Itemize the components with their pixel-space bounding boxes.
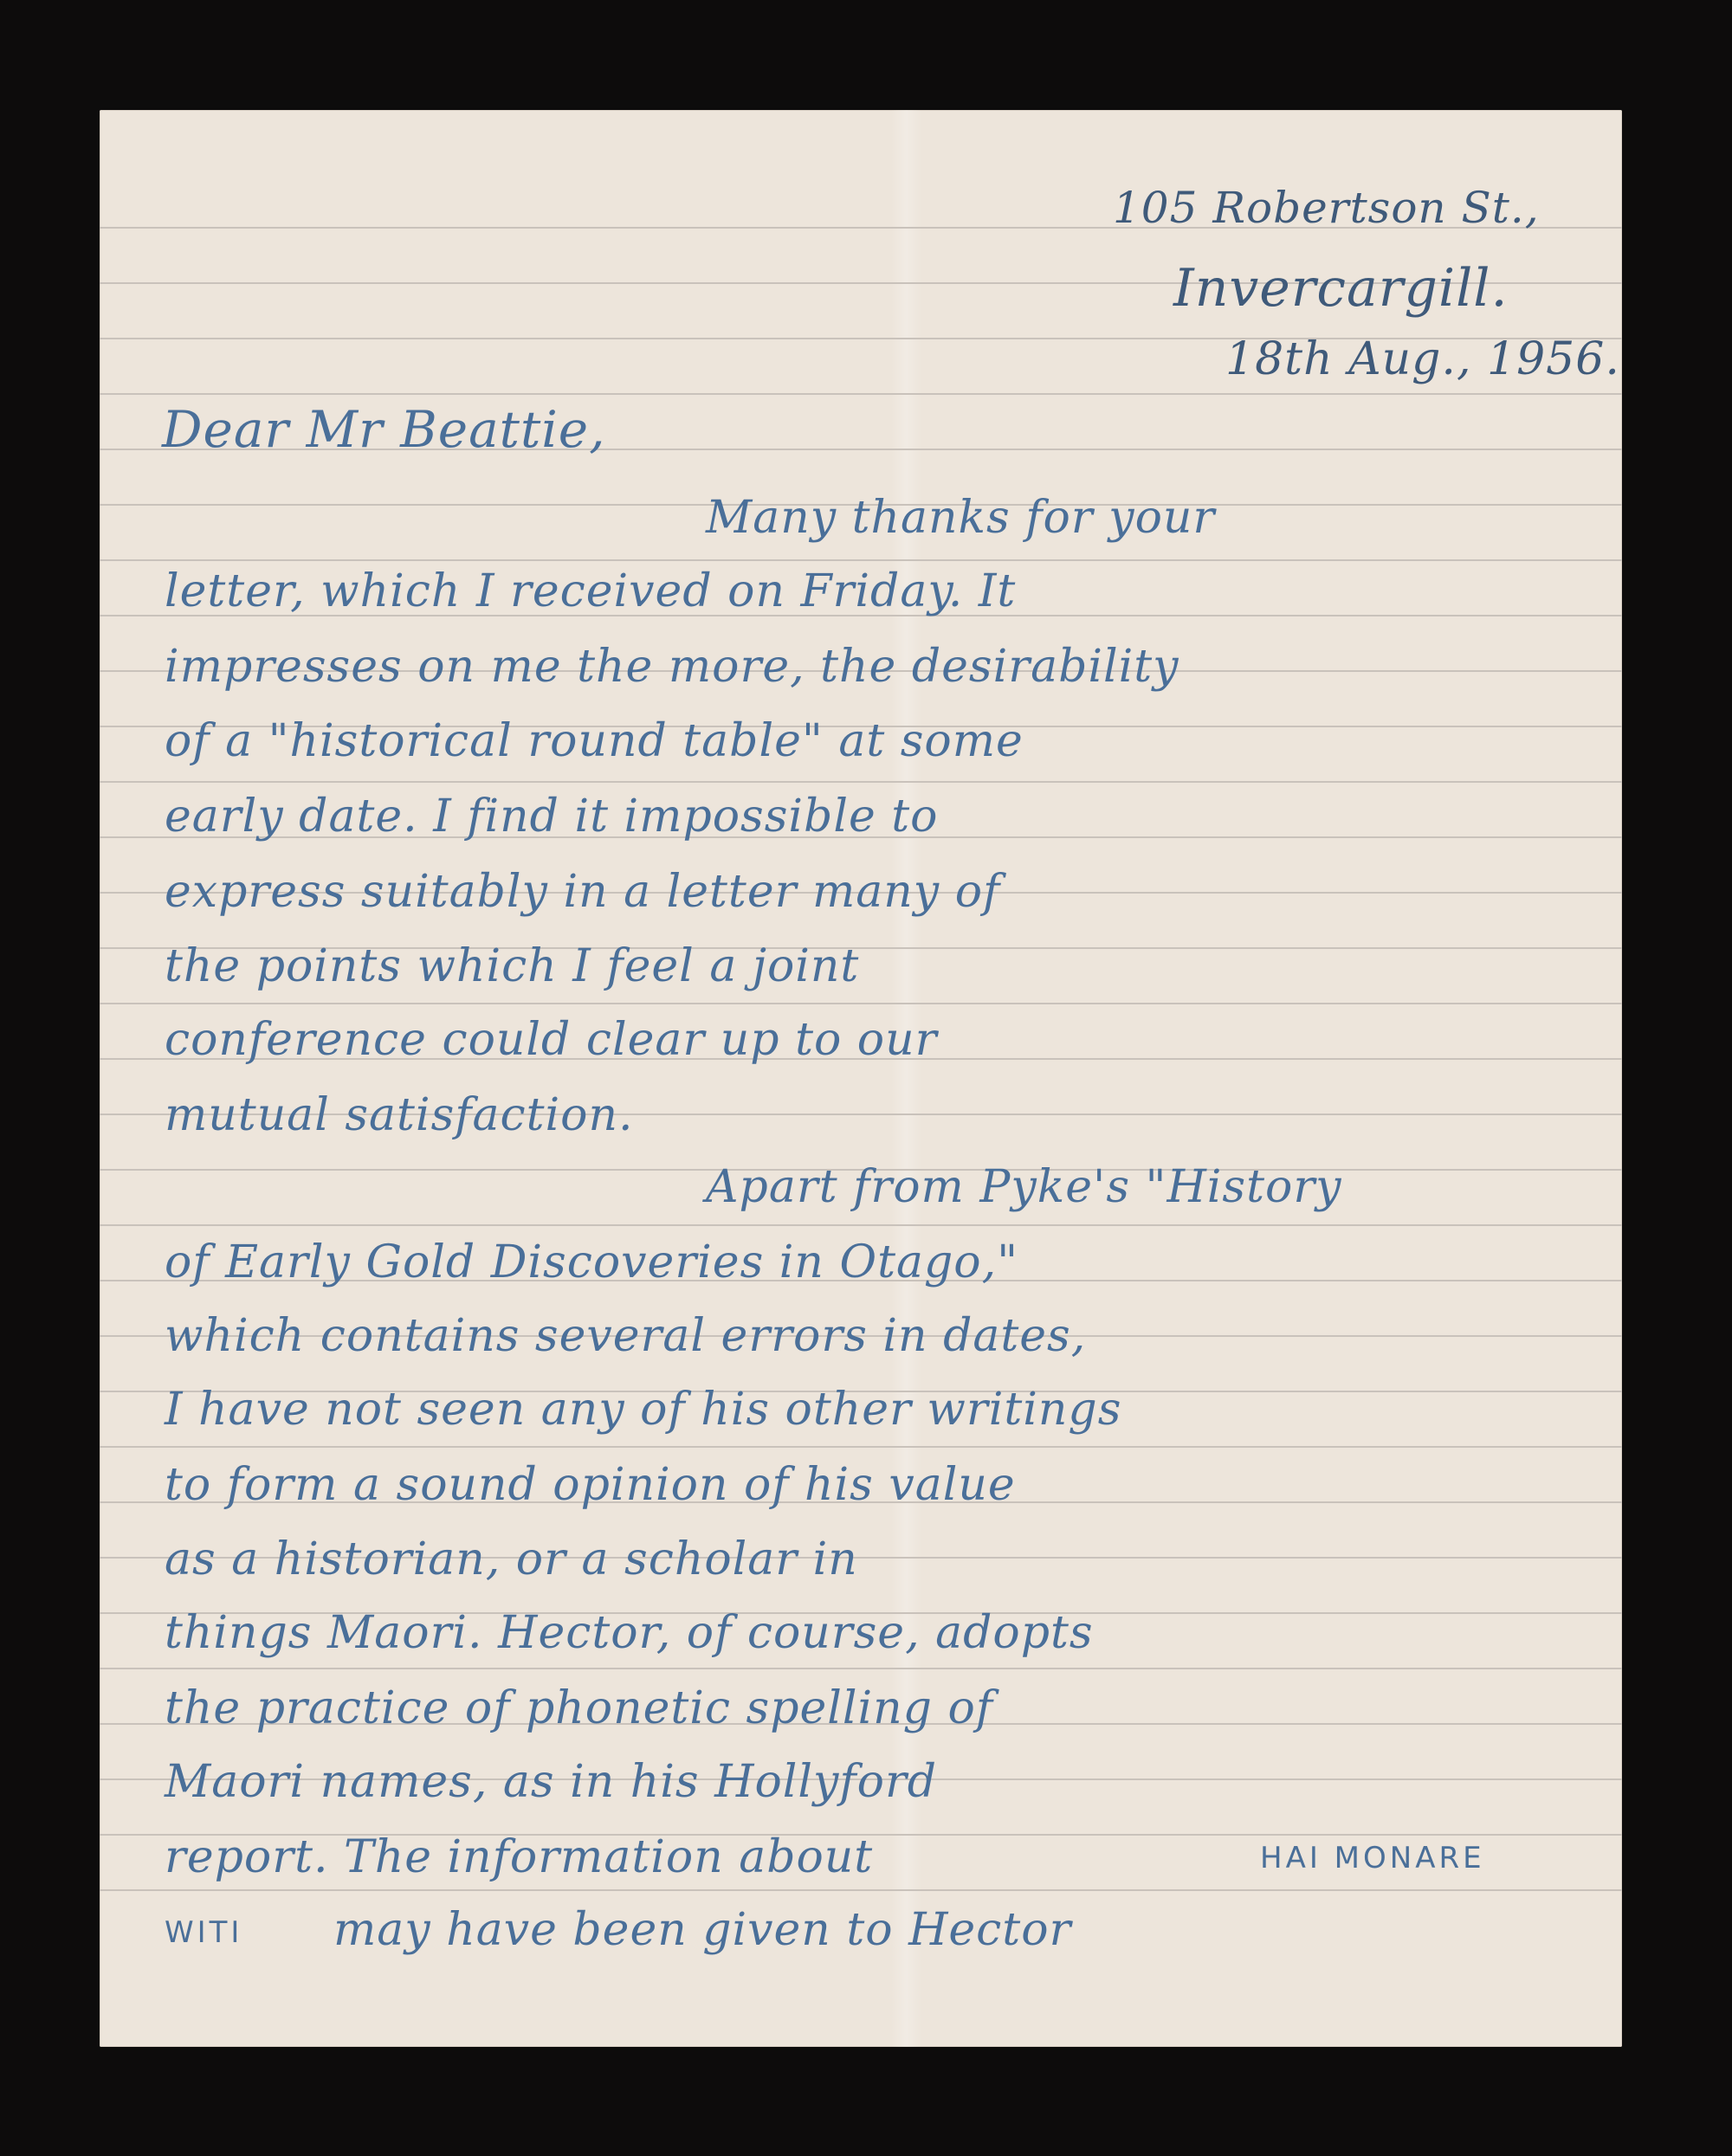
body-line: to form a sound opinion of his value [165, 1462, 1016, 1507]
body-line: Maori names, as in his Hollyford [165, 1759, 937, 1804]
address-street: 105 Robertson St., [1113, 186, 1540, 229]
maori-name-caps: HAI MONARE [1260, 1843, 1485, 1873]
body-line: letter, which I received on Friday. It [165, 569, 1016, 614]
salutation: Dear Mr Beattie, [162, 404, 606, 455]
address-city: Invercargill. [1173, 262, 1509, 314]
body-line: impresses on me the more, the desirabili… [165, 644, 1179, 689]
body-line: the practice of phonetic spelling of [165, 1686, 993, 1731]
body-line: Many thanks for your [706, 495, 1215, 540]
ruled-line [100, 393, 1622, 395]
ruled-line [100, 1668, 1622, 1669]
ruled-line [100, 1889, 1622, 1891]
ruled-line [100, 1003, 1622, 1004]
body-line: I have not seen any of his other writing… [165, 1387, 1121, 1432]
body-line: report. The information about [165, 1835, 873, 1880]
ruled-line [100, 781, 1622, 783]
body-line: early date. I find it impossible to [165, 794, 938, 839]
body-line: things Maori. Hector, of course, adopts [165, 1611, 1094, 1656]
body-line: may have been given to Hector [333, 1907, 1071, 1953]
ruled-line [100, 559, 1622, 561]
body-line: of Early Gold Discoveries in Otago," [165, 1240, 1018, 1285]
body-line: which contains several errors in dates, [165, 1314, 1086, 1359]
body-line: the points which I feel a joint [165, 944, 859, 989]
body-line: express suitably in a letter many of [165, 869, 1000, 914]
body-line: conference could clear up to our [165, 1017, 937, 1062]
letter-page: 105 Robertson St., Invercargill. 18th Au… [100, 110, 1622, 2047]
maori-name-caps: WITI [165, 1918, 242, 1947]
body-line: of a "historical round table" at some [165, 719, 1024, 764]
body-line: as a historian, or a scholar in [165, 1537, 858, 1582]
ruled-line [100, 1224, 1622, 1226]
body-line: Apart from Pyke's "History [706, 1165, 1342, 1210]
letter-date: 18th Aug., 1956. [1225, 337, 1620, 382]
ruled-line [100, 1446, 1622, 1448]
body-line: mutual satisfaction. [165, 1093, 633, 1138]
